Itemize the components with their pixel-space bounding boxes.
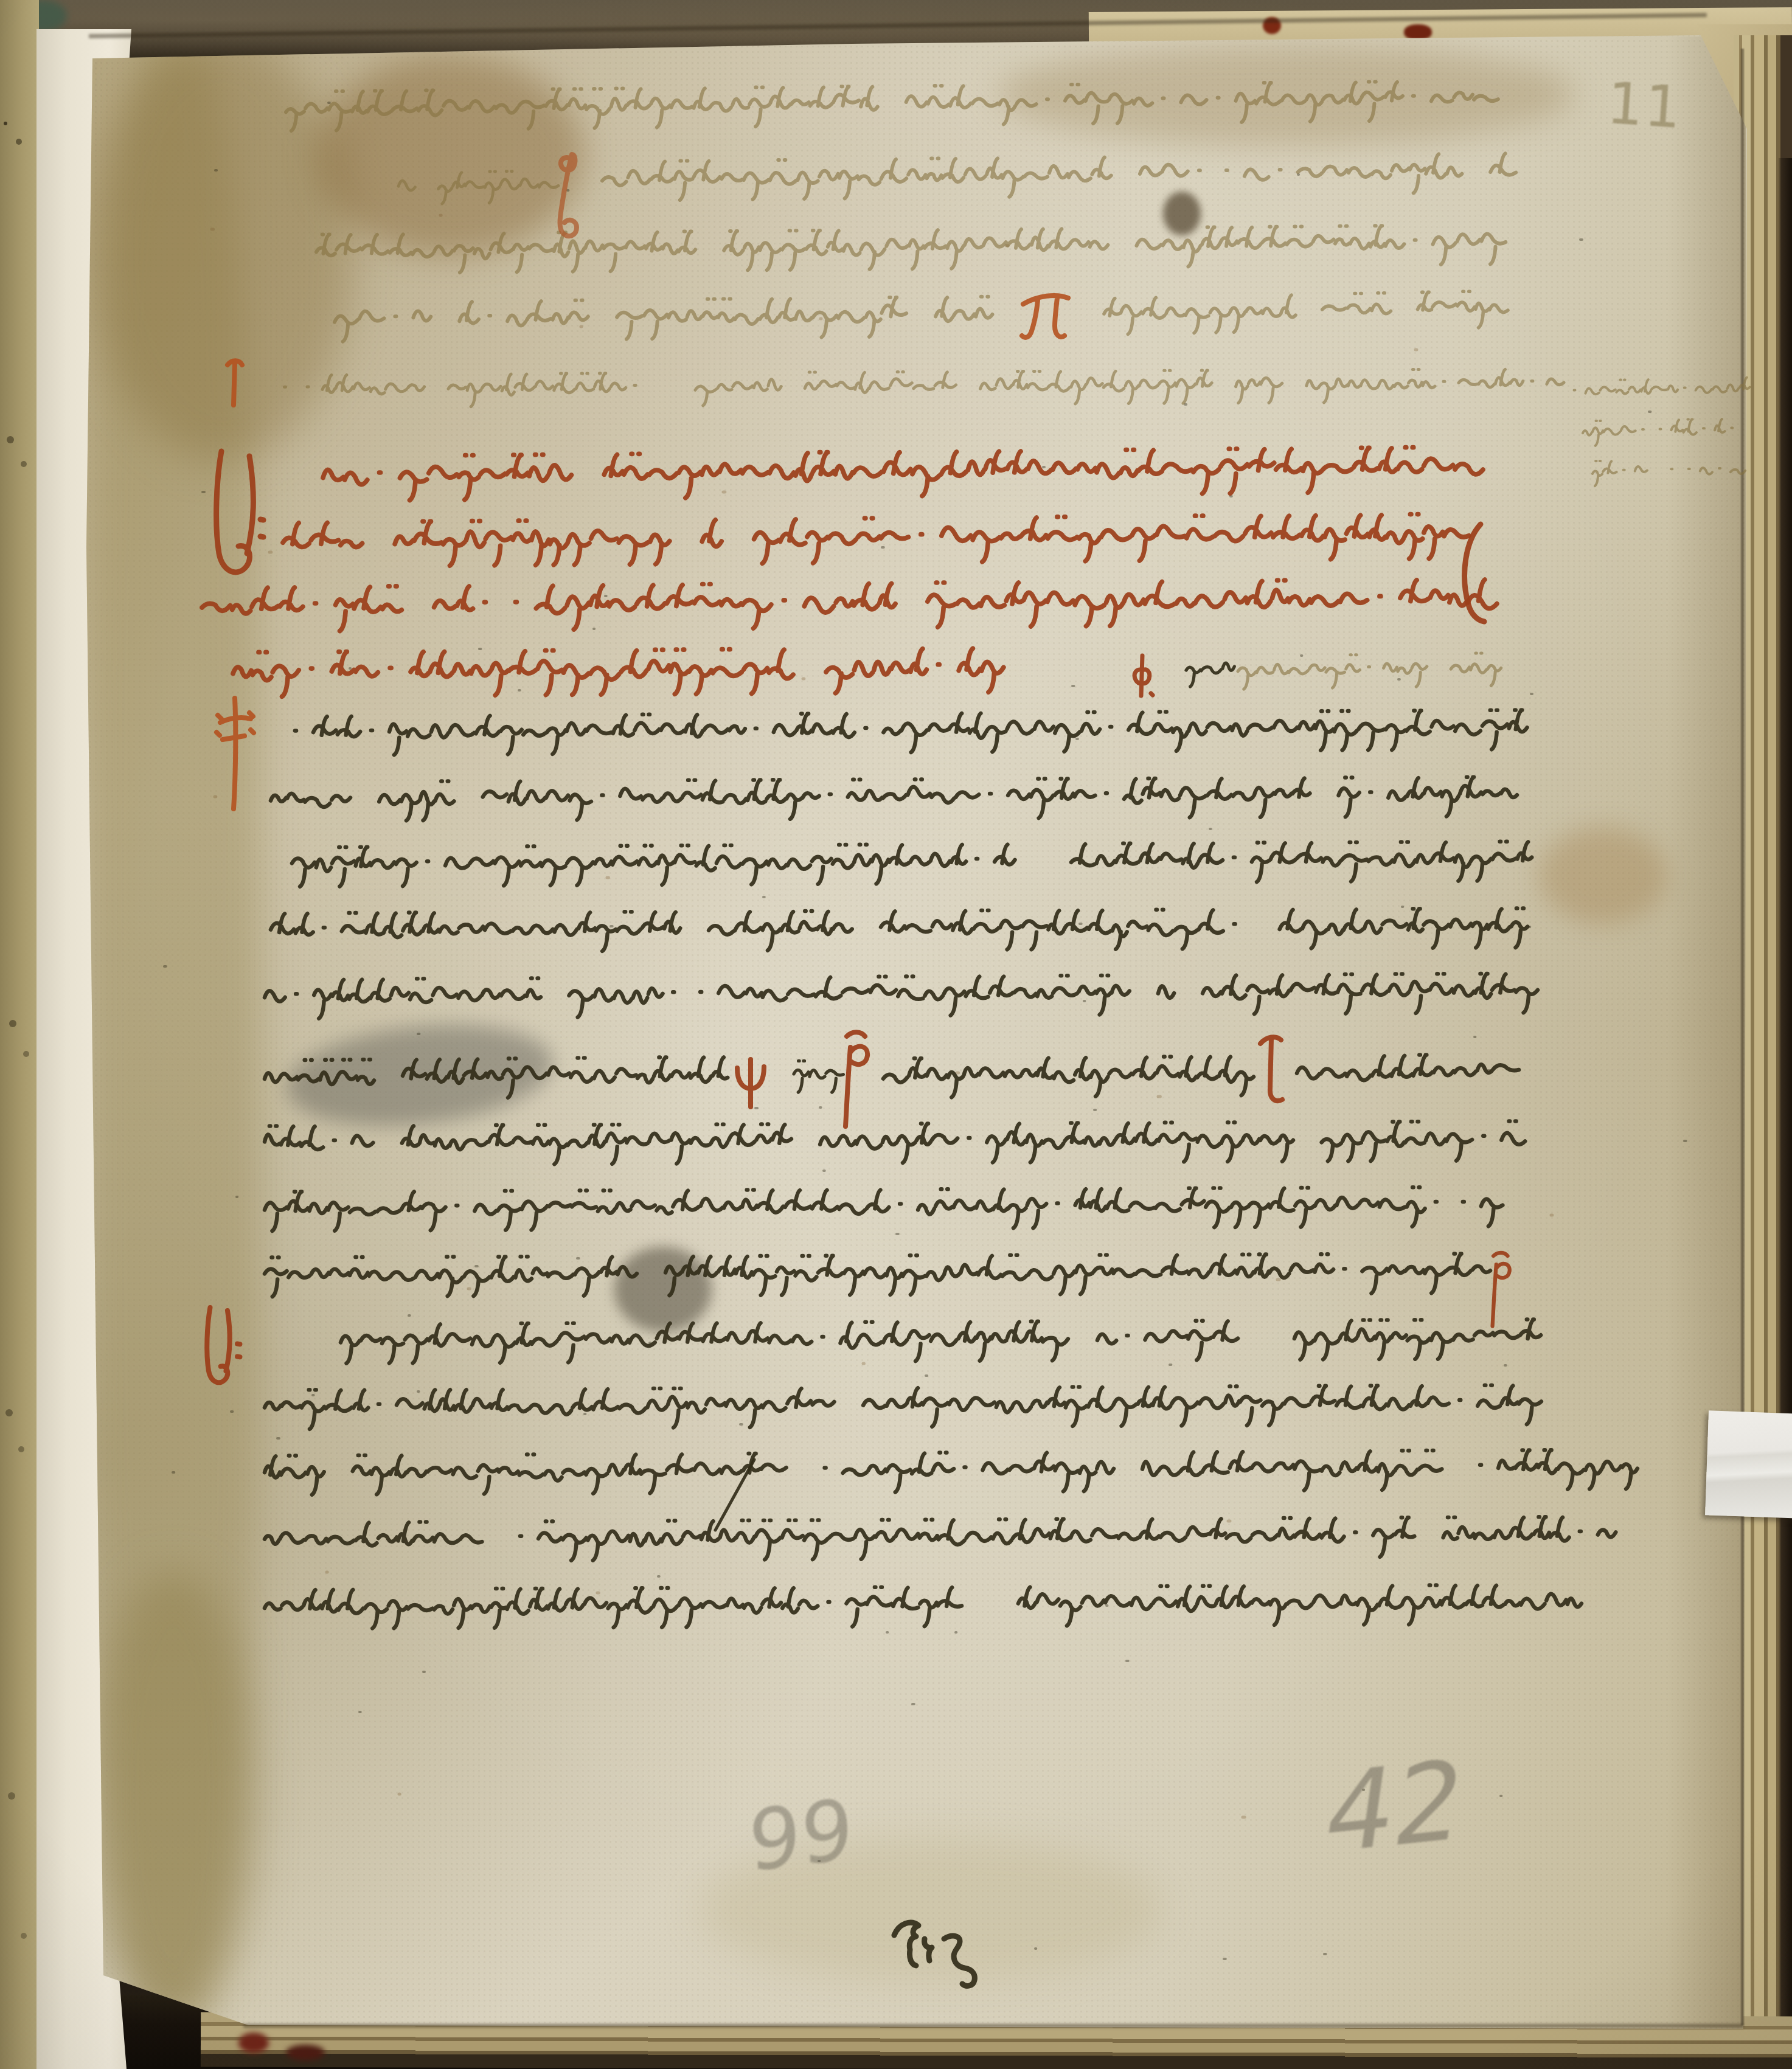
rubric-mark-hflag <box>1493 1253 1510 1326</box>
script-line <box>271 909 1527 951</box>
script-line <box>1297 1055 1519 1080</box>
script-line <box>265 1385 1541 1429</box>
rubric-mark-zh <box>1260 1037 1282 1101</box>
script-line <box>202 580 1497 631</box>
rubric-mark-clef <box>560 154 577 236</box>
manuscript-handwriting <box>0 0 1792 2069</box>
rubric-mark-hook <box>227 361 242 405</box>
pencil-number-right: 42 <box>1318 1736 1473 1879</box>
script-line <box>1592 461 1745 486</box>
rubric-mark-cross <box>217 698 254 809</box>
script-line <box>292 842 1532 887</box>
script-line <box>265 1254 1490 1297</box>
rubric-mark-hflag <box>846 1032 867 1126</box>
script-line <box>602 154 1516 200</box>
manuscript-page-photo: 11 99 42 <box>0 0 1792 2069</box>
rubric-mark-paren <box>1465 524 1484 622</box>
script-line <box>1583 419 1732 446</box>
script-line <box>1186 663 1234 687</box>
bookmark-tab <box>1705 1410 1792 1518</box>
script-line <box>295 710 1527 755</box>
rubric-mark-quire <box>894 1922 974 1986</box>
script-line <box>286 81 1498 131</box>
script-line <box>265 1450 1637 1495</box>
rubric-mark-initialU2 <box>207 1308 240 1382</box>
script-line <box>265 1121 1525 1165</box>
script-line <box>398 172 558 204</box>
ink-speckles <box>164 103 1686 1959</box>
script-line <box>883 1057 1254 1098</box>
folio-number: 11 <box>1605 71 1684 142</box>
script-line <box>1574 378 1750 395</box>
script-line <box>316 226 1505 272</box>
rubric-mark-initialU <box>217 451 263 572</box>
script-line <box>323 448 1483 501</box>
script-line <box>335 297 992 342</box>
script-line <box>265 974 1538 1019</box>
pencil-number-left: 99 <box>748 1781 854 1891</box>
script-line <box>1104 291 1508 334</box>
script-line <box>341 1320 1541 1364</box>
script-line <box>233 648 1004 696</box>
script-line <box>271 777 1517 820</box>
stain-speckles <box>212 215 1552 1817</box>
script-line <box>1238 653 1501 689</box>
script-line <box>794 1061 843 1092</box>
script-line <box>265 1517 1616 1561</box>
rubric-mark-pi <box>1022 296 1068 338</box>
rubric-mark-trident <box>737 1059 764 1107</box>
script-line <box>285 369 1565 406</box>
script-line <box>265 1187 1502 1231</box>
rubric-mark-phi <box>1134 656 1153 696</box>
script-line <box>265 1585 1582 1628</box>
script-line <box>265 1057 728 1098</box>
script-line <box>283 515 1469 566</box>
